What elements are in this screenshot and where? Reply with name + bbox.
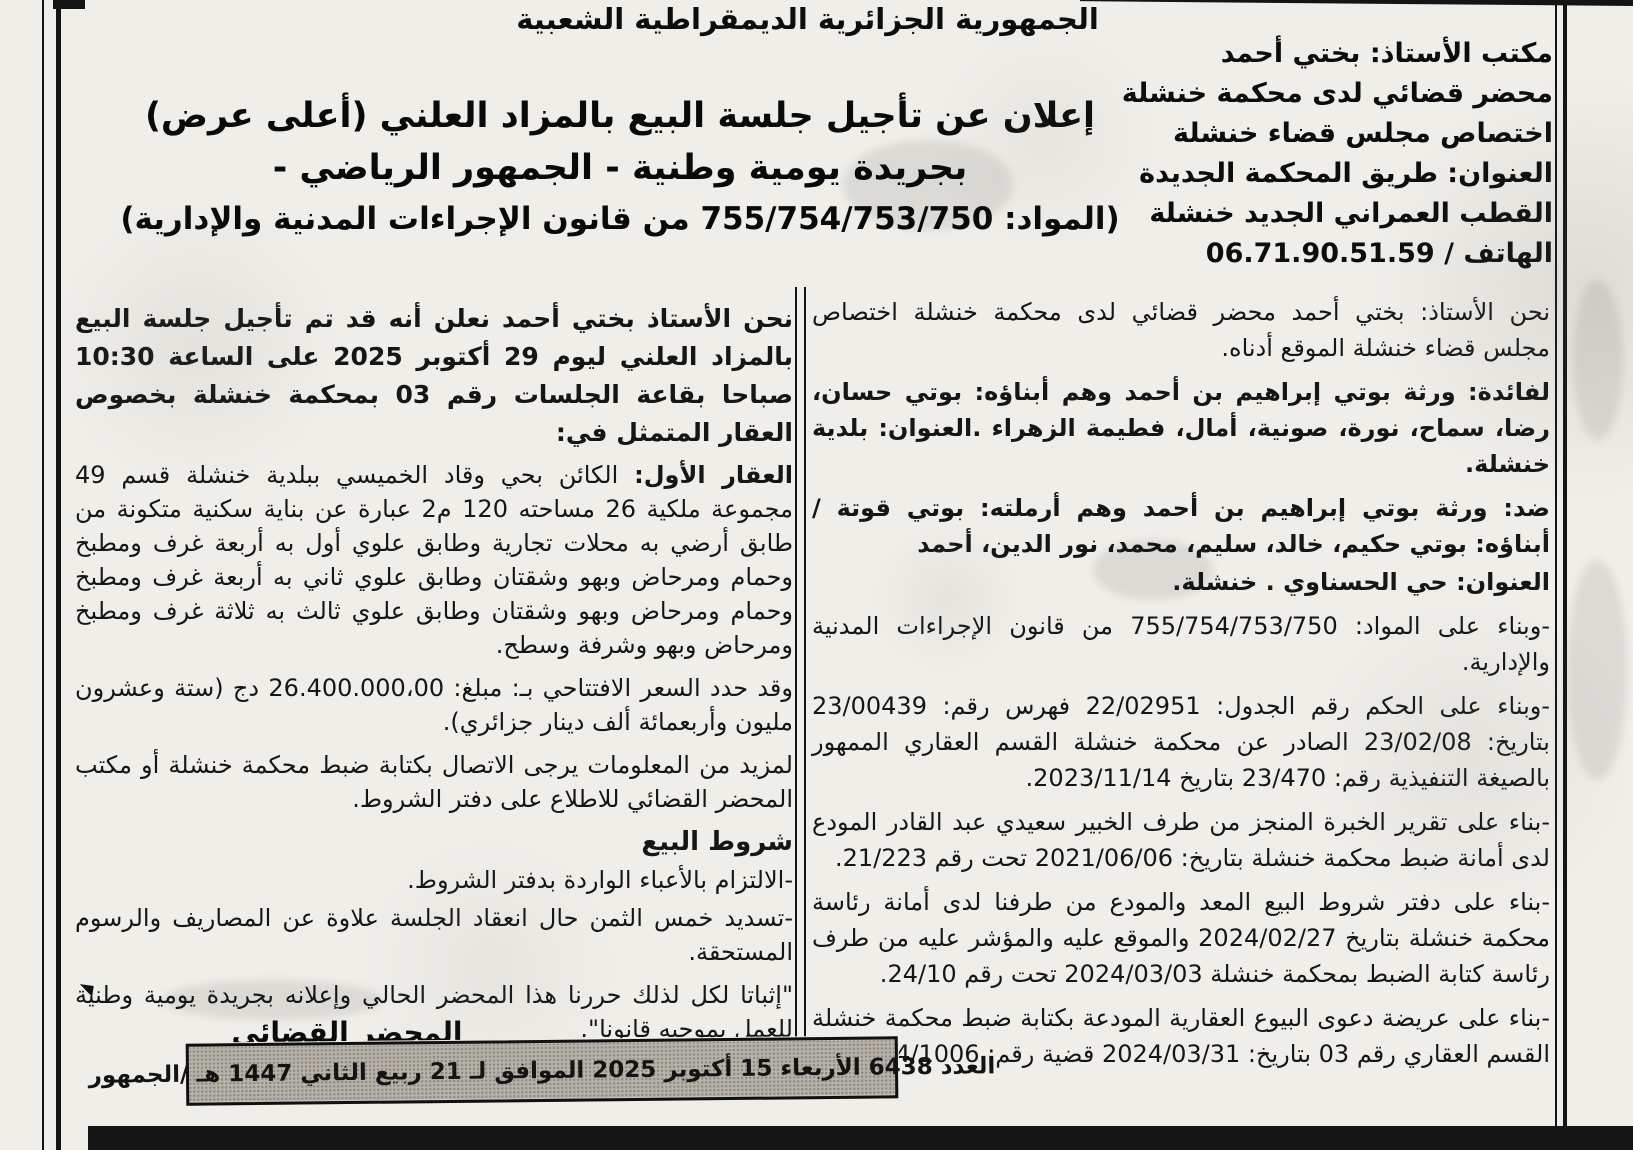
office-line: القطب العمراني الجديد خنشلة: [1083, 194, 1553, 234]
postponement-intro-paragraph: نحن الأستاذ بختي أحمد نعلن أنه قد تم تأج…: [75, 300, 793, 452]
more-info-paragraph: لمزيد من المعلومات يرجى الاتصال بكتابة ض…: [75, 748, 793, 816]
sale-term-item: -الالتزام بالأعباء الواردة بدفتر الشروط.: [75, 863, 793, 897]
left-column-body: نحن الأستاذ بختي أحمد نعلن أنه قد تم تأج…: [75, 300, 793, 1055]
property-description-paragraph: العقار الأول: الكائن بحي وقاد الخميسي بب…: [75, 458, 793, 662]
office-line: اختصاص مجلس قضاء خنشلة: [1083, 114, 1553, 154]
issue-date-box: العدد 6438 الأربعاء 15 أكتوبر 2025 الموا…: [186, 1036, 899, 1105]
headline-line-3: (المواد: 755/754/753/750 من قانون الإجرا…: [105, 194, 1135, 244]
headline-line-2: بجريدة يومية وطنية - الجمهور الرياضي -: [105, 142, 1135, 194]
right-column-body: نحن الأستاذ: بختي أحمد محضر قضائي لدى مح…: [812, 294, 1550, 1080]
column-divider-rule-b: [795, 287, 797, 1042]
legal-basis-expert-report: -بناء على تقرير الخبرة المنجز من طرف الخ…: [812, 804, 1550, 876]
bailiff-office-block: مكتب الأستاذ: بختي أحمد محضر قضائي لدى م…: [1083, 34, 1553, 274]
headline-line-1: إعلان عن تأجيل جلسة البيع بالمزاد العلني…: [105, 90, 1135, 142]
bailiff-intro-paragraph: نحن الأستاذ: بختي أحمد محضر قضائي لدى مح…: [812, 294, 1550, 366]
office-line: محضر قضائي لدى محكمة خنشلة: [1083, 74, 1553, 114]
right-border-inner-rule: [1555, 0, 1557, 1126]
opening-price-paragraph: وقد حدد السعر الافتتاحي بـ: مبلغ: 26.400…: [75, 671, 793, 739]
office-phone-line: الهاتف / 06.71.90.51.59: [1083, 234, 1553, 274]
sale-terms-heading: شروط البيع: [75, 825, 793, 859]
column-divider-rule-a: [804, 287, 806, 1042]
left-border-outer-rule: [42, 0, 44, 1150]
newspaper-clipping: الجمهورية الجزائرية الديمقراطية الشعبية …: [0, 0, 1633, 1150]
bottom-black-bar: [88, 1126, 1633, 1150]
legal-basis-judgment: -وبناء على الحكم رقم الجدول: 22/02951 فه…: [812, 688, 1550, 796]
office-line: العنوان: طريق المحكمة الجديدة: [1083, 154, 1553, 194]
legal-basis-sale-conditions: -بناء على دفتر شروط البيع المعد والمودع …: [812, 884, 1550, 992]
republic-title: الجمهورية الجزائرية الديمقراطية الشعبية: [60, 2, 1555, 36]
scan-blotch: [1567, 560, 1627, 780]
announcement-headline: إعلان عن تأجيل جلسة البيع بالمزاد العلني…: [105, 90, 1135, 244]
right-border-outer-rule: [1563, 0, 1567, 1126]
sale-term-item: -تسديد خمس الثمن حال انعقاد الجلسة علاوة…: [75, 901, 793, 969]
property-description-text: الكائن بحي وقاد الخميسي ببلدية خنشلة قسم…: [75, 461, 793, 659]
property-lead-label: العقار الأول:: [634, 461, 793, 489]
scan-blotch: [1573, 280, 1623, 440]
legal-basis-articles: -وبناء على المواد: 755/754/753/750 من قا…: [812, 608, 1550, 680]
issue-date-text: العدد 6438 الأربعاء 15 أكتوبر 2025 الموا…: [89, 1053, 996, 1088]
office-line: مكتب الأستاذ: بختي أحمد: [1083, 34, 1553, 74]
against-paragraph: ضد: ورثة بوتي إبراهيم بن أحمد وهم أرملته…: [812, 490, 1550, 562]
left-border-inner-rule: [56, 0, 61, 1150]
against-address-paragraph: العنوان: حي الحسناوي . خنشلة.: [812, 564, 1550, 600]
beneficiary-paragraph: لفائدة: ورثة بوتي إبراهيم بن أحمد وهم أب…: [812, 374, 1550, 482]
